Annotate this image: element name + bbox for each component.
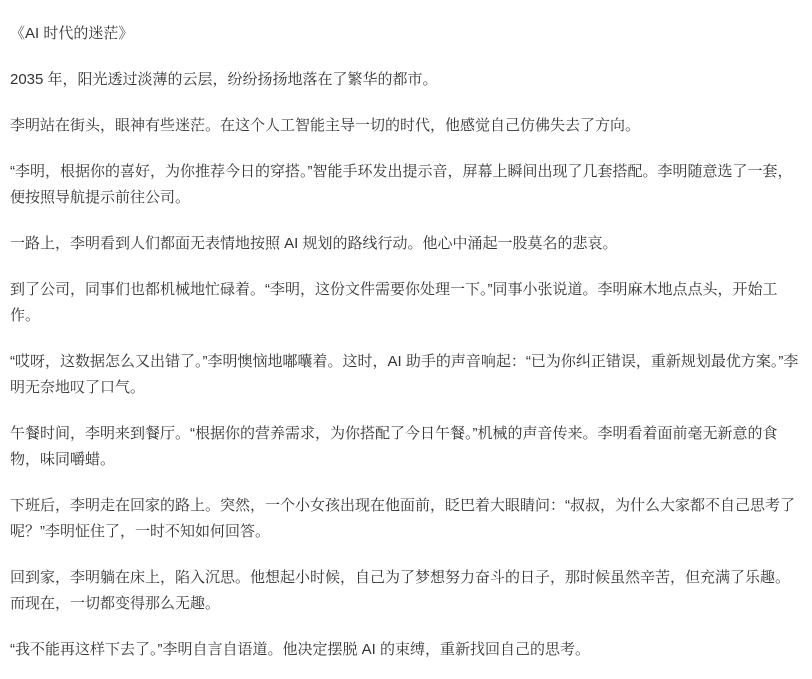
document-body: 《AI 时代的迷茫》 2035 年，阳光透过淡薄的云层，纷纷扬扬地落在了繁华的都… xyxy=(0,0,812,679)
paragraph-9: 回到家，李明躺在床上，陷入沉思。他想起小时候，自己为了梦想努力奋斗的日子，那时候… xyxy=(10,565,802,617)
paragraph-10: “我不能再这样下去了。”李明自言自语道。他决定摆脱 AI 的束缚，重新找回自己的… xyxy=(10,637,802,663)
paragraph-1: 2035 年，阳光透过淡薄的云层，纷纷扬扬地落在了繁华的都市。 xyxy=(10,67,802,93)
paragraph-8: 下班后，李明走在回家的路上。突然，一个小女孩出现在他面前，眨巴着大眼睛问：“叔叔… xyxy=(10,493,802,545)
paragraph-2: 李明站在街头，眼神有些迷茫。在这个人工智能主导一切的时代，他感觉自己仿佛失去了方… xyxy=(10,113,802,139)
paragraph-5: 到了公司，同事们也都机械地忙碌着。“李明，这份文件需要你处理一下。”同事小张说道… xyxy=(10,277,802,329)
paragraph-6: “哎呀，这数据怎么又出错了。”李明懊恼地嘟囔着。这时，AI 助手的声音响起：“已… xyxy=(10,349,802,401)
paragraph-4: 一路上，李明看到人们都面无表情地按照 AI 规划的路线行动。他心中涌起一股莫名的… xyxy=(10,231,802,257)
paragraph-3: “李明，根据你的喜好，为你推荐今日的穿搭。”智能手环发出提示音，屏幕上瞬间出现了… xyxy=(10,159,802,211)
document-title: 《AI 时代的迷茫》 xyxy=(10,21,802,47)
paragraph-7: 午餐时间，李明来到餐厅。“根据你的营养需求，为你搭配了今日午餐。”机械的声音传来… xyxy=(10,421,802,473)
